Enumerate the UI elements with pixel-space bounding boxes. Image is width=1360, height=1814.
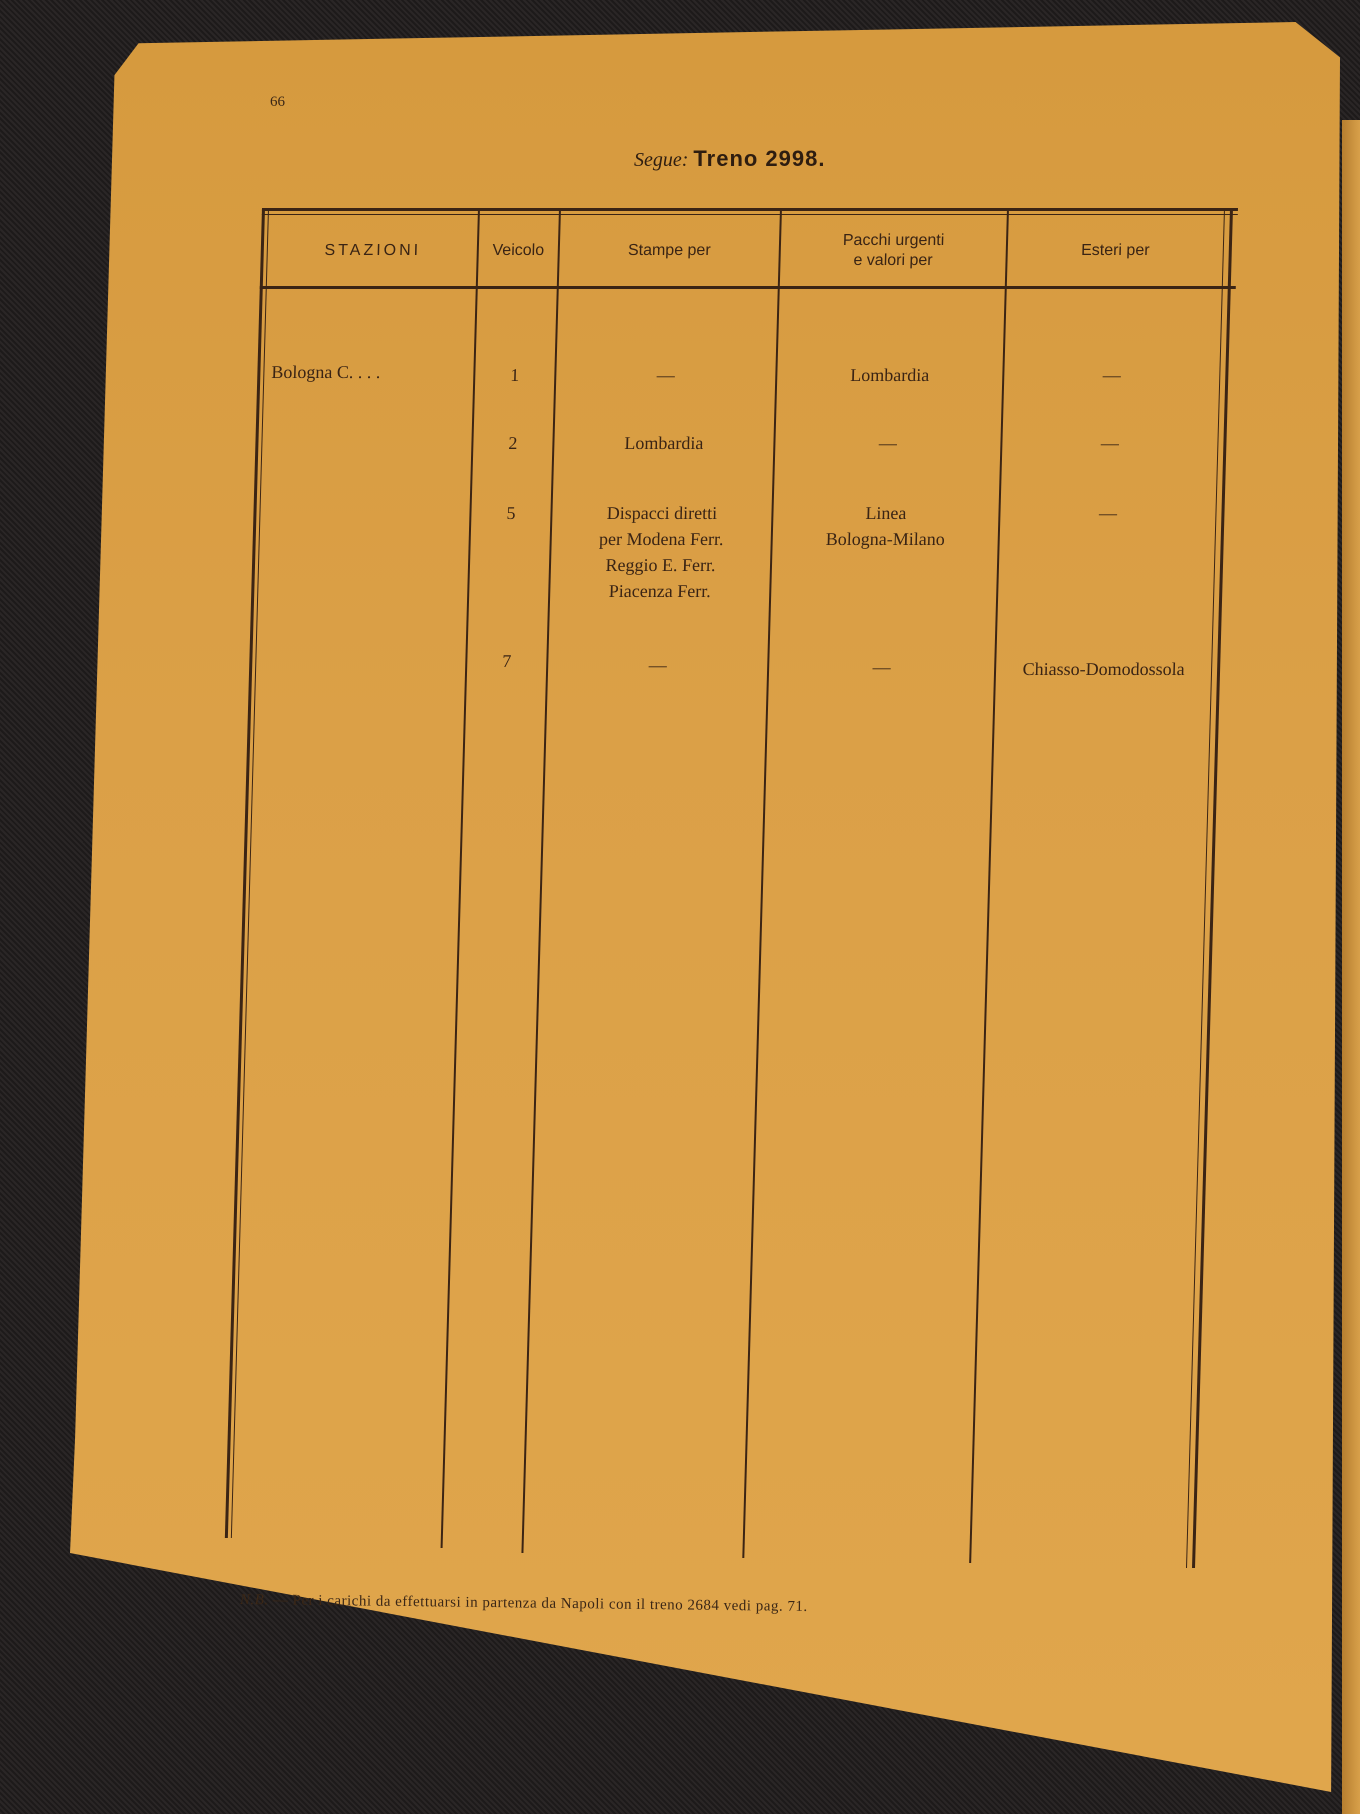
row3-stampe-line1: Dispacci diretti bbox=[552, 500, 772, 526]
row4-pacchi: — bbox=[769, 654, 995, 680]
row2-pacchi: — bbox=[775, 430, 1001, 456]
header-veicolo: Veicolo bbox=[478, 218, 559, 284]
next-page-edge bbox=[1342, 120, 1360, 1814]
row3-stampe-line3: Reggio E. Ferr. bbox=[551, 552, 771, 578]
table-top-rule-inner bbox=[262, 214, 1238, 215]
row2-esteri: — bbox=[1002, 430, 1218, 456]
station-name: Bologna C. . . . bbox=[271, 362, 381, 383]
row3-veicolo: 5 bbox=[471, 500, 551, 526]
header-stampe: Stampe per bbox=[559, 218, 780, 284]
footnote-label: N.B. bbox=[240, 1592, 269, 1608]
row3-stampe-line4: Piacenza Ferr. bbox=[550, 578, 770, 604]
row3-stampe-line2: per Modena Ferr. bbox=[551, 526, 771, 552]
mail-loading-table: STAZIONI Veicolo Stampe per Pacchi urgen… bbox=[225, 208, 1238, 1538]
row3-stampe: Dispacci diretti per Modena Ferr. Reggio… bbox=[550, 500, 772, 604]
row1-stampe: — bbox=[556, 362, 776, 388]
header-pacchi-line2: e valori per bbox=[853, 251, 933, 271]
row4-stampe: — bbox=[548, 652, 768, 678]
header-stazioni: STAZIONI bbox=[268, 218, 478, 284]
page-title: Segue: Treno 2998. bbox=[634, 146, 826, 172]
col-divider-3 bbox=[742, 208, 782, 1558]
row3-esteri: — bbox=[1000, 500, 1216, 526]
page-number: 66 bbox=[270, 94, 285, 111]
header-pacchi-line1: Pacchi urgenti bbox=[843, 231, 945, 251]
row4-esteri: Chiasso-Domodossola bbox=[996, 656, 1212, 682]
row2-veicolo: 2 bbox=[473, 430, 553, 456]
header-bottom-rule bbox=[260, 286, 1236, 289]
row2-stampe: Lombardia bbox=[554, 430, 774, 456]
row1-esteri: — bbox=[1004, 362, 1220, 388]
header-pacchi: Pacchi urgenti e valori per bbox=[780, 218, 1007, 284]
col-divider-2 bbox=[521, 208, 561, 1553]
row3-pacchi-line2: Bologna-Milano bbox=[772, 526, 998, 552]
col-divider-4 bbox=[969, 208, 1009, 1563]
row4-veicolo: 7 bbox=[467, 648, 547, 674]
row1-veicolo: 1 bbox=[475, 362, 555, 388]
table-top-rule bbox=[262, 208, 1238, 211]
title-prefix: Segue: bbox=[634, 149, 688, 171]
row3-pacchi: Linea Bologna-Milano bbox=[772, 500, 998, 552]
row1-pacchi: Lombardia bbox=[777, 362, 1003, 388]
title-train: Treno 2998. bbox=[693, 146, 825, 171]
header-esteri: Esteri per bbox=[1007, 218, 1224, 284]
row3-pacchi-line1: Linea bbox=[773, 500, 999, 526]
col-divider-1 bbox=[441, 208, 480, 1548]
